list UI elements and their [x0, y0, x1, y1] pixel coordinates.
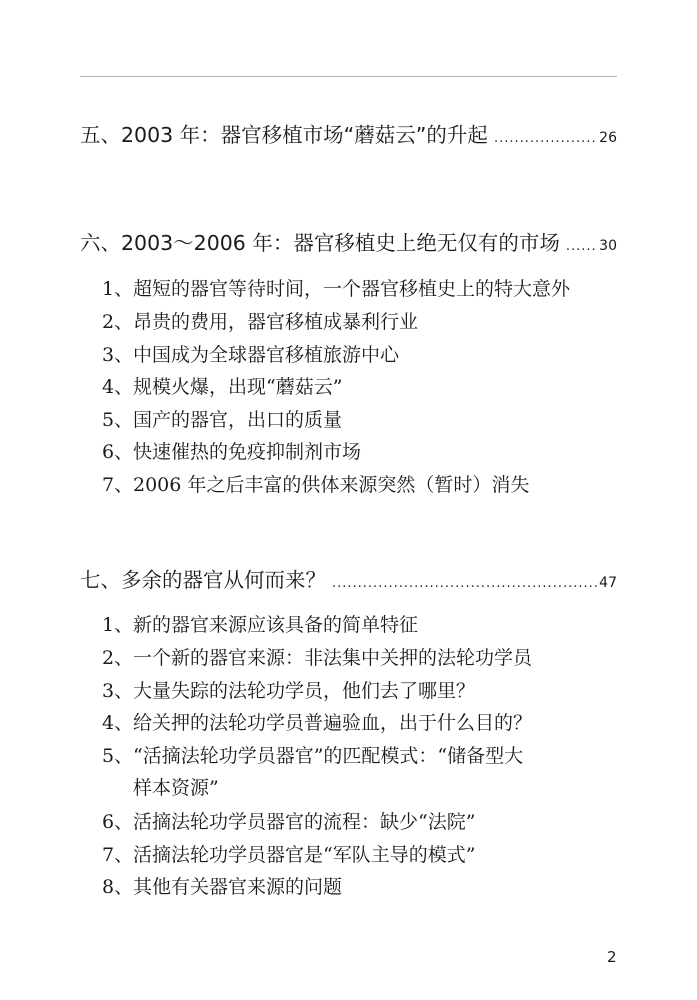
toc-item-text: 规模火爆，出现“蘑菇云” — [133, 376, 342, 398]
toc-item[interactable]: 7、活摘法轮功学员器官是“军队主导的模式” — [102, 839, 622, 871]
page-number: 2 — [607, 945, 617, 969]
toc-item-text: 昂贵的费用，器官移植成暴利行业 — [133, 311, 418, 333]
toc-section-6[interactable]: 六、2003～2006 年：器官移植史上绝无仅有的市场 30 — [80, 228, 617, 258]
toc-item[interactable]: 7、2006 年之后丰富的供体来源突然（暂时）消失 — [102, 469, 622, 501]
toc-item[interactable]: 4、规模火爆，出现“蘑菇云” — [102, 371, 622, 403]
toc-item[interactable]: 3、中国成为全球器官移植旅游中心 — [102, 339, 622, 371]
toc-item-number: 6、 — [102, 806, 133, 838]
toc-item-number: 3、 — [102, 339, 133, 371]
toc-item-number: 2、 — [102, 306, 133, 338]
toc-item-number: 5、 — [102, 404, 133, 436]
toc-item-text: 2006 年之后丰富的供体来源突然（暂时）消失 — [133, 474, 529, 496]
toc-item[interactable]: 6、快速催热的免疫抑制剂市场 — [102, 436, 622, 468]
toc-item-number: 7、 — [102, 469, 133, 501]
toc-item-text: 国产的器官，出口的质量 — [133, 409, 342, 431]
toc-section-title: 六、2003～2006 年：器官移植史上绝无仅有的市场 — [80, 228, 560, 258]
toc-item[interactable]: 3、大量失踪的法轮功学员，他们去了哪里？ — [102, 675, 622, 707]
toc-item[interactable]: 2、一个新的器官来源：非法集中关押的法轮功学员 — [102, 642, 622, 674]
toc-item[interactable]: 4、给关押的法轮功学员普遍验血，出于什么目的？ — [102, 707, 622, 739]
toc-item[interactable]: 6、活摘法轮功学员器官的流程：缺少“法院” — [102, 806, 622, 838]
toc-item-number: 5、 — [102, 740, 133, 772]
toc-item-text: 大量失踪的法轮功学员，他们去了哪里？ — [133, 680, 475, 702]
toc-item-text: 活摘法轮功学员器官是“军队主导的模式” — [133, 844, 475, 866]
toc-section-title: 七、多余的器官从何而来？ — [80, 565, 326, 595]
toc-item-number: 1、 — [102, 609, 133, 641]
toc-item[interactable]: 2、昂贵的费用，器官移植成暴利行业 — [102, 306, 622, 338]
toc-section-title: 五、2003 年：器官移植市场“蘑菇云”的升起 — [80, 120, 488, 150]
toc-item[interactable]: 5、国产的器官，出口的质量 — [102, 404, 622, 436]
dot-leader — [566, 232, 598, 262]
toc-item-text: “活摘法轮功学员器官”的匹配模式：“储备型大 — [133, 745, 523, 767]
toc-item-text-continued: 样本资源” — [102, 772, 622, 804]
toc-item-text: 中国成为全球器官移植旅游中心 — [133, 344, 399, 366]
dot-leader — [332, 569, 598, 599]
header-rule — [80, 76, 617, 77]
toc-item-text: 其他有关器官来源的问题 — [133, 876, 342, 898]
toc-item[interactable]: 1、超短的器官等待时间，一个器官移植史上的特大意外 — [102, 273, 622, 305]
toc-item-number: 6、 — [102, 436, 133, 468]
toc-item-number: 1、 — [102, 273, 133, 305]
dot-leader — [494, 124, 598, 154]
toc-item-text: 活摘法轮功学员器官的流程：缺少“法院” — [133, 811, 475, 833]
toc-item-number: 7、 — [102, 839, 133, 871]
toc-item-number: 4、 — [102, 371, 133, 403]
toc-page-number: 47 — [599, 568, 617, 598]
toc-item[interactable]: 1、新的器官来源应该具备的简单特征 — [102, 609, 622, 641]
toc-item-number: 2、 — [102, 642, 133, 674]
toc-item-number: 4、 — [102, 707, 133, 739]
toc-item-number: 8、 — [102, 871, 133, 903]
toc-item-text: 快速催热的免疫抑制剂市场 — [133, 441, 361, 463]
toc-item[interactable]: 5、“活摘法轮功学员器官”的匹配模式：“储备型大 样本资源” — [102, 740, 622, 804]
toc-section-5[interactable]: 五、2003 年：器官移植市场“蘑菇云”的升起 26 — [80, 120, 617, 150]
toc-page-number: 30 — [599, 231, 617, 261]
toc-item-text: 新的器官来源应该具备的简单特征 — [133, 614, 418, 636]
toc-item[interactable]: 8、其他有关器官来源的问题 — [102, 871, 622, 903]
toc-item-text: 一个新的器官来源：非法集中关押的法轮功学员 — [133, 647, 532, 669]
toc-item-text: 超短的器官等待时间，一个器官移植史上的特大意外 — [133, 278, 570, 300]
toc-section-7[interactable]: 七、多余的器官从何而来？ 47 — [80, 565, 617, 595]
toc-item-text: 给关押的法轮功学员普遍验血，出于什么目的？ — [133, 712, 532, 734]
toc-page-number: 26 — [599, 123, 617, 153]
toc-item-number: 3、 — [102, 675, 133, 707]
